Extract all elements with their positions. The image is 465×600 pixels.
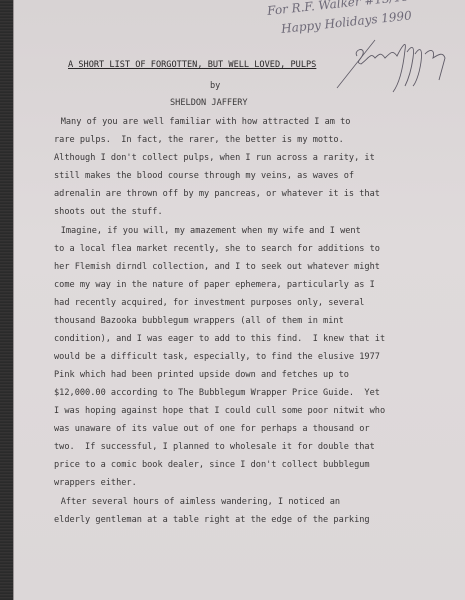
byline: by <box>210 81 220 91</box>
body-line: Imagine, if you will, my amazement when … <box>40 226 361 236</box>
body-line: still makes the blood course through my … <box>54 171 354 181</box>
body-line: shoots out the stuff. <box>54 207 163 217</box>
document-title: A SHORT LIST OF FORGOTTEN, BUT WELL LOVE… <box>68 60 316 70</box>
body-line: Pink which had been printed upside down … <box>54 370 349 380</box>
body-line: come my way in the nature of paper ephem… <box>54 280 375 290</box>
body-line: two. If successful, I planned to wholesa… <box>54 442 375 452</box>
body-line: to a local flea market recently, she to … <box>54 244 380 254</box>
author-name: SHELDON JAFFERY <box>170 98 248 108</box>
body-line: elderly gentleman at a table right at th… <box>54 515 370 525</box>
body-line: thousand Bazooka bubblegum wrappers (all… <box>54 316 344 326</box>
body-line: her Flemish dirndl collection, and I to … <box>54 262 380 272</box>
body-line: Many of you are well familiar with how a… <box>40 117 350 127</box>
body-line: Although I don't collect pulps, when I r… <box>54 153 375 163</box>
spiral-binding-edge <box>0 0 13 600</box>
body-line: was unaware of its value out of one for … <box>54 424 370 434</box>
document-page: For R.F. Walker #13/18 Happy Holidays 19… <box>0 0 465 600</box>
body-line: After several hours of aimless wandering… <box>40 497 340 507</box>
body-line: adrenalin are thrown off by my pancreas,… <box>54 189 380 199</box>
body-line: had recently acquired, for investment pu… <box>54 298 364 308</box>
body-line: would be a difficult task, especially, t… <box>54 352 380 362</box>
body-line: wrappers either. <box>54 478 137 488</box>
body-line: I was hoping against hope that I could c… <box>54 406 385 416</box>
body-line: rare pulps. In fact, the rarer, the bett… <box>54 135 344 145</box>
body-line: price to a comic book dealer, since I do… <box>54 460 370 470</box>
body-line: $12,000.00 according to The Bubblegum Wr… <box>54 388 380 398</box>
body-line: condition), and I was eager to add to th… <box>54 334 385 344</box>
